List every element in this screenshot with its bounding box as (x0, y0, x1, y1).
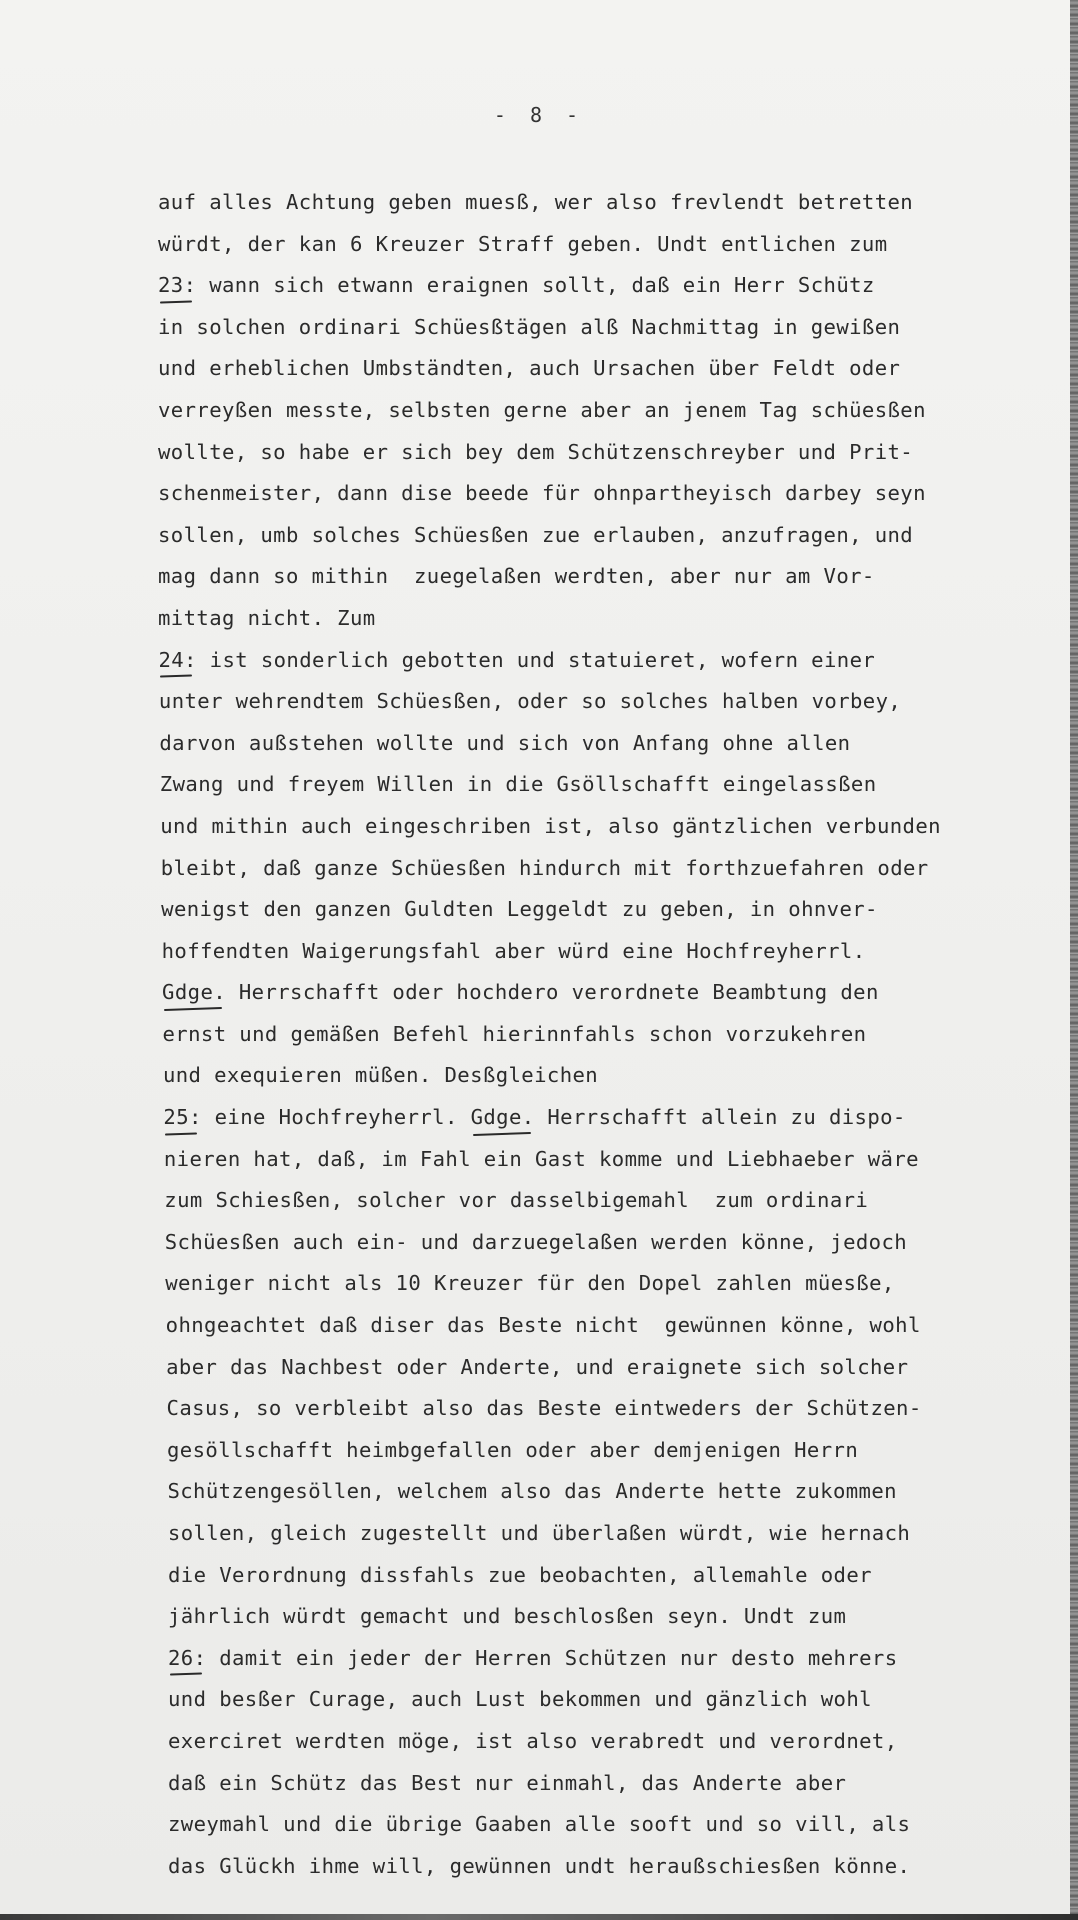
paragraph-start-line: 23: wann sich etwann eraignen sollt, daß… (158, 265, 1078, 307)
line-text: nieren hat, daß, im Fahl ein Gast komme … (164, 1147, 919, 1171)
paragraph-start-line: 26: damit ein jeder der Herren Schützen … (168, 1638, 1078, 1680)
line-text: bleibt, daß ganze Schüesßen hindurch mit… (161, 856, 929, 880)
line-text: zweymahl und die übrige Gaaben alle soof… (168, 1812, 910, 1836)
text-line: hoffendten Waigerungsfahl aber würd eine… (162, 931, 1078, 973)
text-line: Schützengesöllen, welchem also das Ander… (167, 1471, 1078, 1513)
line-text: auf alles Achtung geben muesß, wer also … (158, 190, 913, 214)
text-line: auf alles Achtung geben muesß, wer also … (158, 182, 1078, 224)
text-line: Schüesßen auch ein- und darzuegelaßen we… (165, 1222, 1078, 1264)
line-text: ernst und gemäßen Befehl hierinnfahls sc… (163, 1022, 867, 1046)
text-line: nieren hat, daß, im Fahl ein Gast komme … (164, 1139, 1078, 1181)
line-text: sollen, umb solches Schüesßen zue erlaub… (158, 523, 913, 547)
text-line: zweymahl und die übrige Gaaben alle soof… (168, 1804, 1078, 1846)
text-line: ernst und gemäßen Befehl hierinnfahls sc… (163, 1014, 1078, 1056)
underlined-abbreviation: Gdge. (471, 1097, 535, 1139)
page-edge-shadow (1070, 0, 1078, 1920)
line-text: und besßer Curage, auch Lust bekommen un… (168, 1687, 872, 1711)
text-line: sollen, umb solches Schüesßen zue erlaub… (158, 515, 1078, 557)
line-text: Schüesßen auch ein- und darzuegelaßen we… (165, 1230, 907, 1254)
paragraph-number: 25: (163, 1097, 201, 1139)
line-text: weniger nicht als 10 Kreuzer für den Dop… (165, 1271, 895, 1295)
line-text: verreyßen messte, selbsten gerne aber an… (158, 398, 926, 422)
line-text: das Glückh ihme will, gewünnen undt hera… (168, 1854, 910, 1878)
text-line: darvon außstehen wollte und sich von Anf… (159, 723, 1078, 765)
line-text: unter wehrendtem Schüesßen, oder so solc… (159, 689, 901, 713)
text-line: sollen, gleich zugestellt und überlaßen … (168, 1513, 1078, 1555)
text-line: und erheblichen Umbständten, auch Ursach… (158, 348, 1078, 390)
line-text: würdt, der kan 6 Kreuzer Straff geben. U… (158, 232, 888, 256)
line-text: hoffendten Waigerungsfahl aber würd eine… (162, 939, 866, 963)
line-text: und erheblichen Umbständten, auch Ursach… (158, 356, 900, 380)
text-line: mag dann so mithin zuegelaßen werdten, a… (158, 556, 1078, 598)
line-text: aber das Nachbest oder Anderte, und erai… (166, 1355, 908, 1379)
text-line: gesöllschafft heimbgefallen oder aber de… (167, 1430, 1078, 1472)
text-line: unter wehrendtem Schüesßen, oder so solc… (159, 681, 1078, 723)
paragraph-number: 23: (158, 265, 196, 307)
text-line: aber das Nachbest oder Anderte, und erai… (166, 1347, 1078, 1389)
text-line: Casus, so verbleibt also das Beste eintw… (167, 1388, 1078, 1430)
paragraph-start-line: 24: ist sonderlich gebotten und statuier… (158, 640, 1078, 682)
text-line: bleibt, daß ganze Schüesßen hindurch mit… (161, 848, 1078, 890)
paragraph-number: 24: (158, 640, 196, 682)
line-text: sollen, gleich zugestellt und überlaßen … (168, 1521, 910, 1545)
text-line: Zwang und freyem Willen in die Gsöllscha… (160, 764, 1078, 806)
line-text: in solchen ordinari Schüesßtägen alß Nac… (158, 315, 900, 339)
line-text: jährlich würdt gemacht und beschlosßen s… (168, 1604, 846, 1628)
text-line: ohngeachtet daß diser das Beste nicht ge… (166, 1305, 1078, 1347)
line-text: damit ein jeder der Herren Schützen nur … (206, 1646, 897, 1670)
text-line: und exequieren müßen. Desßgleichen (163, 1055, 1078, 1097)
line-text: Zwang und freyem Willen in die Gsöllscha… (160, 772, 877, 796)
line-text: daß ein Schütz das Best nur einmahl, das… (168, 1771, 846, 1795)
line-text: Herrschafft oder hochdero verordnete Bea… (226, 980, 879, 1004)
paragraph-number: 26: (168, 1638, 206, 1680)
text-line: in solchen ordinari Schüesßtägen alß Nac… (158, 307, 1078, 349)
document-page: - 8 - auf alles Achtung geben muesß, wer… (0, 0, 1070, 1914)
line-text: zum Schiesßen, solcher vor dasselbigemah… (164, 1188, 868, 1212)
line-text: Schützengesöllen, welchem also das Ander… (167, 1479, 897, 1503)
page-bottom-edge (0, 1914, 1078, 1920)
line-text: und exequieren müßen. Desßgleichen (163, 1063, 598, 1087)
text-line: jährlich würdt gemacht und beschlosßen s… (168, 1596, 1078, 1638)
line-text: und mithin auch eingeschriben ist, also … (160, 814, 941, 838)
text-line: und besßer Curage, auch Lust bekommen un… (168, 1679, 1078, 1721)
text-line: exerciret werdten möge, ist also verabre… (168, 1721, 1078, 1763)
paragraph-start-line: 25: eine Hochfreyherrl. Gdge. Herrschaff… (163, 1097, 1078, 1139)
line-text: gesöllschafft heimbgefallen oder aber de… (167, 1438, 858, 1462)
line-text: ist sonderlich gebotten und statuieret, … (197, 648, 875, 672)
line-text: ohngeachtet daß diser das Beste nicht ge… (166, 1313, 921, 1337)
line-text: Herrschafft allein zu dispo- (535, 1105, 906, 1129)
text-line: wollte, so habe er sich bey dem Schützen… (158, 432, 1078, 474)
line-text: wenigst den ganzen Guldten Leggeldt zu g… (161, 897, 878, 921)
page-number: - 8 - (0, 103, 1078, 127)
text-line: würdt, der kan 6 Kreuzer Straff geben. U… (158, 224, 1078, 266)
line-text: mittag nicht. Zum (158, 606, 376, 630)
line-text: mag dann so mithin zuegelaßen werdten, a… (158, 564, 875, 588)
line-text: wann sich etwann eraignen sollt, daß ein… (196, 273, 874, 297)
text-line: und mithin auch eingeschriben ist, also … (160, 806, 1078, 848)
line-text: exerciret werdten möge, ist also verabre… (168, 1729, 898, 1753)
text-line: schenmeister, dann dise beede für ohnpar… (158, 473, 1078, 515)
line-text: schenmeister, dann dise beede für ohnpar… (158, 481, 926, 505)
document-body: auf alles Achtung geben muesß, wer also … (158, 182, 1078, 1887)
line-text: darvon außstehen wollte und sich von Anf… (159, 731, 850, 755)
text-line: wenigst den ganzen Guldten Leggeldt zu g… (161, 889, 1078, 931)
text-line: daß ein Schütz das Best nur einmahl, das… (168, 1763, 1078, 1805)
text-line: mittag nicht. Zum (158, 598, 1078, 640)
line-text: eine Hochfreyherrl. (202, 1105, 471, 1129)
text-line: das Glückh ihme will, gewünnen undt hera… (168, 1846, 1078, 1888)
text-line: die Verordnung dissfahls zue beobachten,… (168, 1555, 1078, 1597)
text-line: Gdge. Herrschafft oder hochdero verordne… (162, 972, 1078, 1014)
text-line: verreyßen messte, selbsten gerne aber an… (158, 390, 1078, 432)
line-text: wollte, so habe er sich bey dem Schützen… (158, 440, 913, 464)
underlined-abbreviation: Gdge. (162, 972, 226, 1014)
text-line: weniger nicht als 10 Kreuzer für den Dop… (165, 1263, 1078, 1305)
line-text: Casus, so verbleibt also das Beste eintw… (167, 1396, 922, 1420)
text-line: zum Schiesßen, solcher vor dasselbigemah… (164, 1180, 1078, 1222)
line-text: die Verordnung dissfahls zue beobachten,… (168, 1563, 872, 1587)
